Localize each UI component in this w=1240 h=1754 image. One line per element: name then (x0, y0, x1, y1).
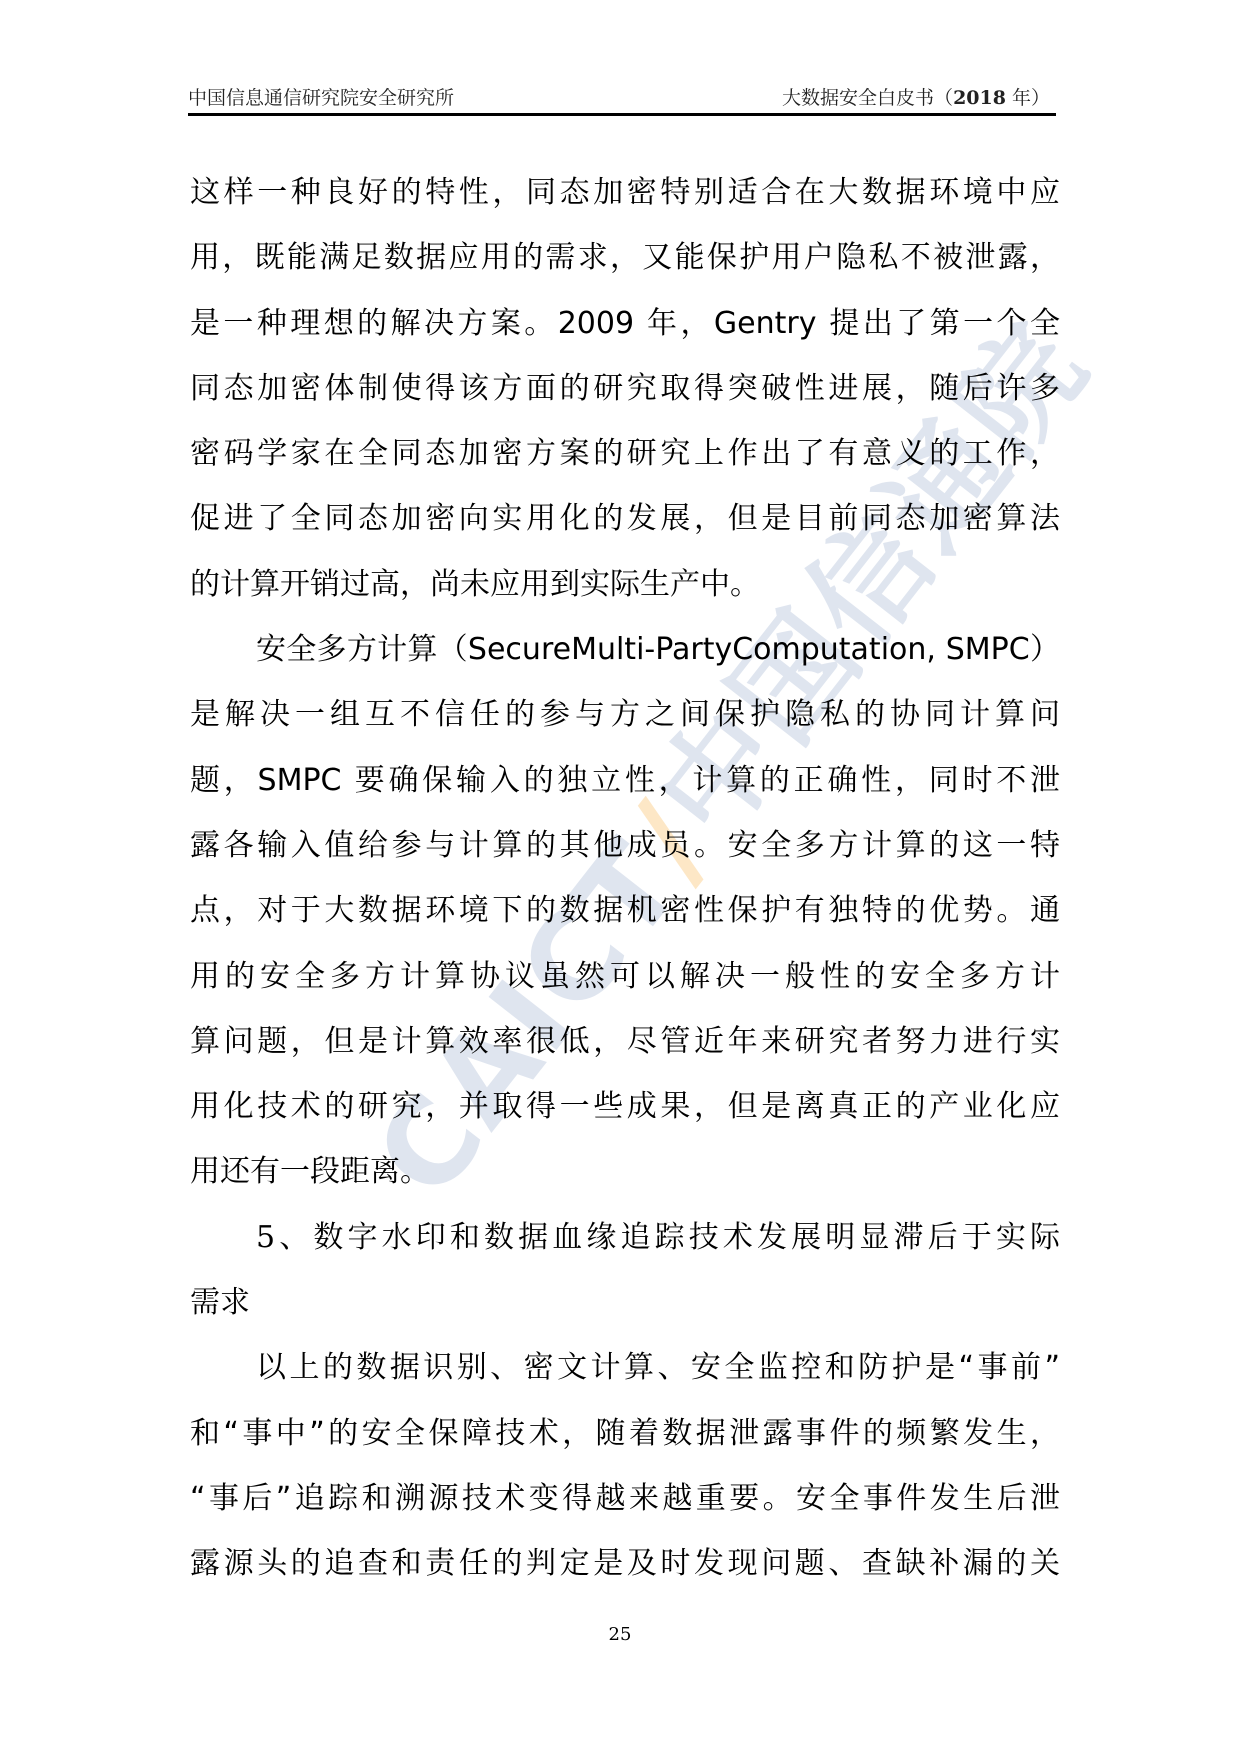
paragraph-line: 安全多方计算（SecureMulti-PartyComputation, SMP… (190, 617, 1060, 682)
section-heading: 5、数字水印和数据血缘追踪技术发展明显滞后于实际 (190, 1205, 1060, 1270)
header-title-suffix: 年） (1006, 87, 1050, 109)
section-heading-continued: 需求 (190, 1270, 1060, 1335)
paragraph-line: 露源头的追查和责任的判定是及时发现问题、查缺补漏的关 (190, 1531, 1060, 1596)
paragraph-line: 算问题，但是计算效率很低，尽管近年来研究者努力进行实 (190, 1009, 1060, 1074)
page-number: 25 (0, 1624, 1240, 1645)
paragraph-line: “事后”追踪和溯源技术变得越来越重要。安全事件发生后泄 (190, 1466, 1060, 1531)
header-title-year: 2018 (953, 87, 1006, 109)
paragraph-line: 促进了全同态加密向实用化的发展，但是目前同态加密算法 (190, 486, 1060, 551)
header-title-prefix: 大数据安全白皮书（ (782, 87, 953, 109)
paragraph-line: 点，对于大数据环境下的数据机密性保护有独特的优势。通 (190, 878, 1060, 943)
body-text: 这样一种良好的特性，同态加密特别适合在大数据环境中应 用，既能满足数据应用的需求… (190, 160, 1060, 1597)
paragraph-line: 和“事中”的安全保障技术，随着数据泄露事件的频繁发生， (190, 1401, 1060, 1466)
document-page: 中国信息通信研究院安全研究所 大数据安全白皮书（2018 年） CAICT/中国… (0, 0, 1240, 1754)
paragraph-line: 密码学家在全同态加密方案的研究上作出了有意义的工作， (190, 421, 1060, 486)
paragraph-line: 是解决一组互不信任的参与方之间保护隐私的协同计算问 (190, 682, 1060, 747)
paragraph-line: 露各输入值给参与计算的其他成员。安全多方计算的这一特 (190, 813, 1060, 878)
paragraph-line: 这样一种良好的特性，同态加密特别适合在大数据环境中应 (190, 160, 1060, 225)
paragraph-line: 的计算开销过高，尚未应用到实际生产中。 (190, 552, 1060, 617)
paragraph-line: 用化技术的研究，并取得一些成果，但是离真正的产业化应 (190, 1074, 1060, 1139)
paragraph-line: 以上的数据识别、密文计算、安全监控和防护是“事前” (190, 1335, 1060, 1400)
paragraph-line: 用，既能满足数据应用的需求，又能保护用户隐私不被泄露， (190, 225, 1060, 290)
paragraph-line: 同态加密体制使得该方面的研究取得突破性进展，随后许多 (190, 356, 1060, 421)
header-divider (188, 113, 1056, 116)
paragraph-line: 题，SMPC 要确保输入的独立性，计算的正确性，同时不泄 (190, 748, 1060, 813)
header-document-title: 大数据安全白皮书（2018 年） (782, 86, 1050, 110)
paragraph-line: 是一种理想的解决方案。2009 年，Gentry 提出了第一个全 (190, 291, 1060, 356)
header-organization: 中国信息通信研究院安全研究所 (188, 86, 454, 110)
paragraph-line: 用的安全多方计算协议虽然可以解决一般性的安全多方计 (190, 944, 1060, 1009)
paragraph-line: 用还有一段距离。 (190, 1139, 1060, 1204)
